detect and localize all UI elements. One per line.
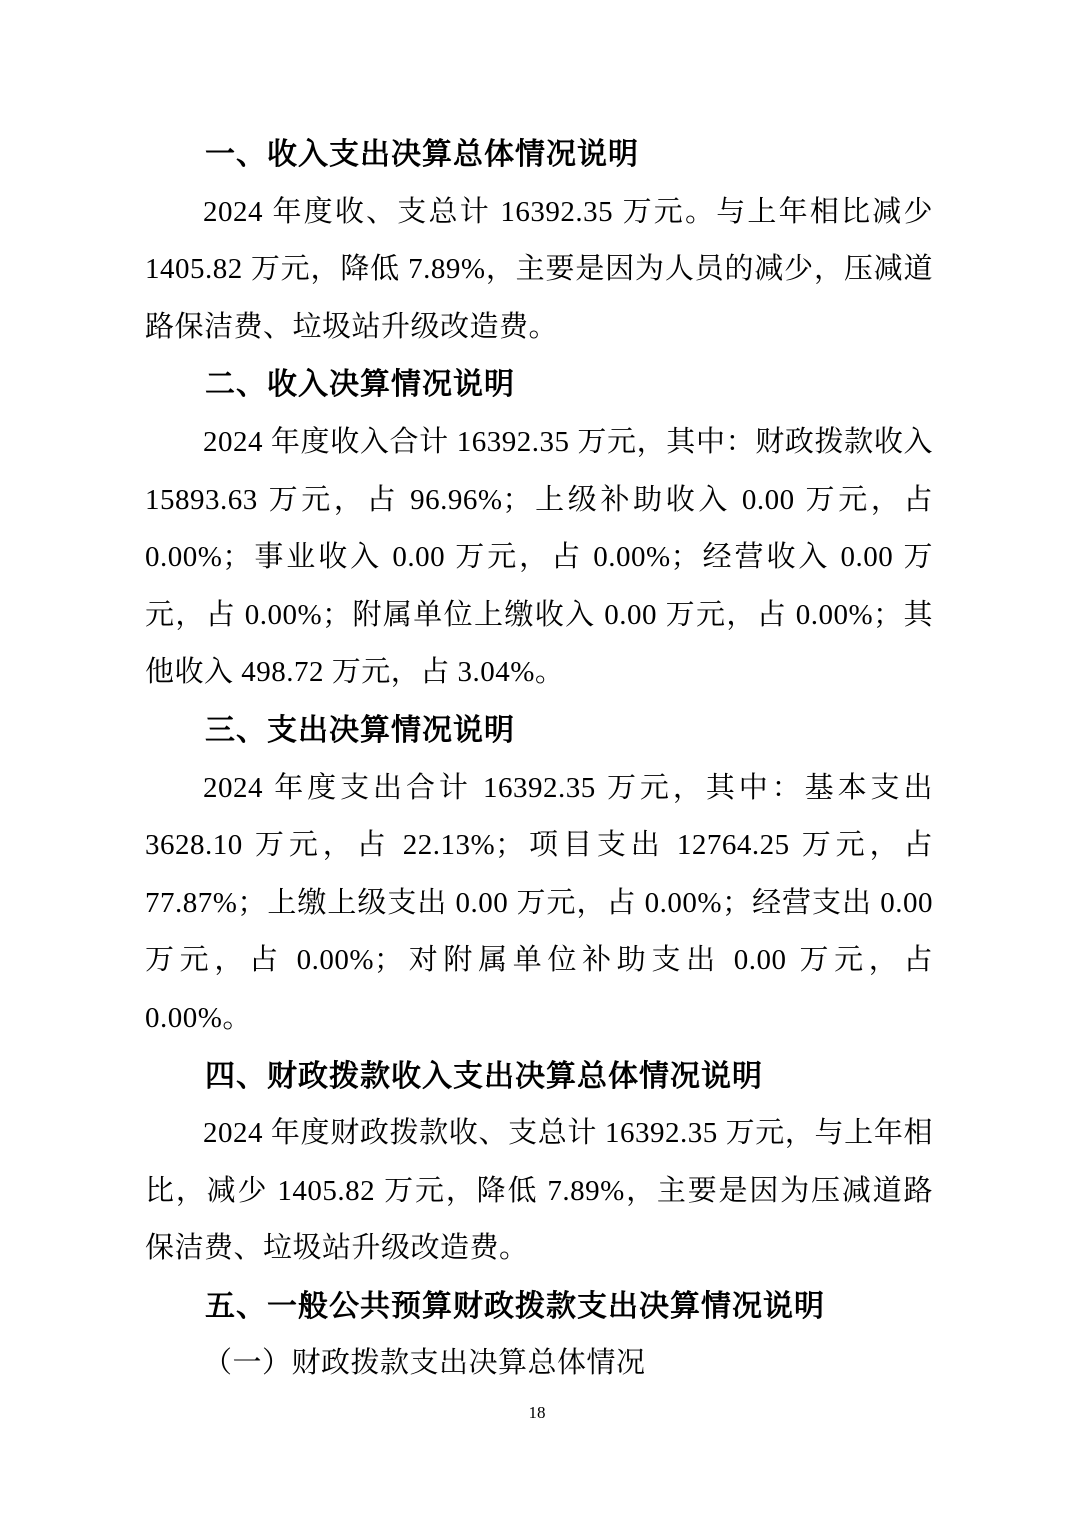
section-3-paragraph: 2024 年度支出合计 16392.35 万元，其中：基本支出 3628.10 … (145, 760, 933, 1048)
section-1-heading: 一、收入支出决算总体情况说明 (145, 126, 933, 184)
section-4-heading: 四、财政拨款收入支出决算总体情况说明 (145, 1048, 933, 1106)
section-2-paragraph: 2024 年度收入合计 16392.35 万元，其中：财政拨款收入 15893.… (145, 414, 933, 702)
document-content: 一、收入支出决算总体情况说明 2024 年度收、支总计 16392.35 万元。… (145, 126, 933, 1393)
section-4-paragraph: 2024 年度财政拨款收、支总计 16392.35 万元，与上年相比，减少 14… (145, 1105, 933, 1278)
section-5-subheading: （一）财政拨款支出决算总体情况 (145, 1335, 933, 1393)
section-3-heading: 三、支出决算情况说明 (145, 702, 933, 760)
document-page: 一、收入支出决算总体情况说明 2024 年度收、支总计 16392.35 万元。… (0, 0, 1074, 1520)
section-5-heading: 五、一般公共预算财政拨款支出决算情况说明 (145, 1278, 933, 1336)
page-number: 18 (0, 1402, 1074, 1424)
section-1-paragraph: 2024 年度收、支总计 16392.35 万元。与上年相比减少 1405.82… (145, 184, 933, 357)
section-2-heading: 二、收入决算情况说明 (145, 356, 933, 414)
